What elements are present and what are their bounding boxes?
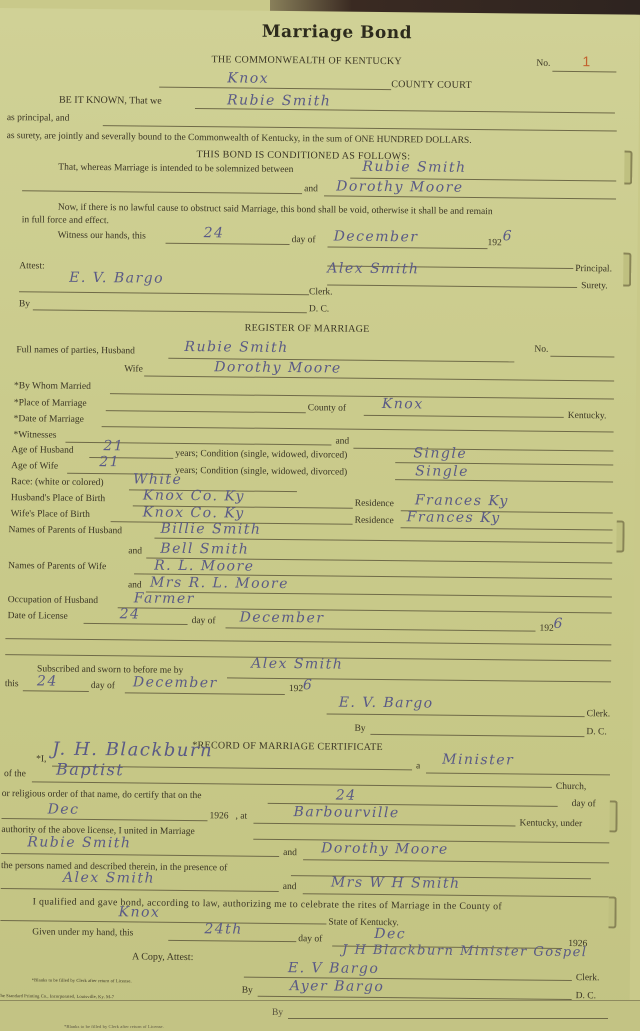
- wife-mother: Mrs R. L. Moore: [150, 576, 289, 591]
- kentucky-under-label: Kentucky, under: [519, 817, 582, 830]
- full-names-label: Full names of parties, Husband: [16, 344, 135, 357]
- qualified-text: I qualified and gave bond, according to …: [33, 896, 503, 913]
- sworn-by: Alex Smith: [251, 657, 343, 672]
- cert-party1: Rubie Smith: [27, 835, 131, 850]
- church-line: [32, 781, 552, 787]
- husband-parents-and-label: and: [128, 545, 142, 557]
- occupation-value: Farmer: [134, 591, 195, 606]
- cert-place: Barbourville: [294, 805, 400, 820]
- license-date-label: Date of License: [8, 610, 68, 623]
- sworn-month: December: [133, 675, 218, 690]
- next-page-by-label: By: [272, 1007, 283, 1019]
- license-day-line: [84, 623, 188, 625]
- register-no-label: No.: [534, 344, 548, 356]
- county-court-label: COUNTY COURT: [391, 79, 472, 92]
- given-day: 24th: [204, 922, 243, 936]
- next-page-edge: By *Blanks to be filled by Clerk after r…: [0, 1000, 640, 1031]
- county-of-label: County of: [308, 402, 346, 414]
- sworn-this-label: this: [5, 678, 19, 690]
- husband-residence-label: Residence: [355, 498, 394, 510]
- bond-clerk-label: Clerk.: [309, 286, 333, 298]
- now-if-text: Now, if there is no lawful cause to obst…: [58, 202, 493, 219]
- by-whom-label: *By Whom Married: [14, 380, 91, 393]
- wife-label: Wife: [124, 363, 143, 375]
- binder-tab-1: [624, 151, 632, 185]
- bond-and-label: and: [304, 183, 318, 195]
- cert-witness2: Mrs W H Smith: [331, 876, 461, 891]
- cert-parties-and-label: and: [283, 847, 297, 859]
- license-year-prefix: 192: [539, 623, 553, 635]
- next-page-footnote: *Blanks to be filled by Clerk after retu…: [64, 1021, 164, 1031]
- register-clerk-signature: E. V. Bargo: [339, 696, 434, 711]
- condition-wife-label: years; Condition (single, widowed, divor…: [175, 465, 347, 479]
- license-day-of-label: day of: [192, 615, 216, 627]
- church-name: Baptist: [56, 763, 124, 778]
- principal-name: Rubie Smith: [227, 93, 331, 108]
- cert-witness1-line: [1, 888, 279, 892]
- husband-father: Billie Smith: [160, 522, 261, 537]
- title-line: [426, 773, 610, 776]
- sworn-day: 24: [37, 674, 58, 688]
- witness-month: December: [334, 230, 419, 245]
- given-day-line: [168, 940, 296, 942]
- bond-party1: Rubie Smith: [362, 160, 466, 175]
- register-clerk-label: Clerk.: [587, 708, 611, 720]
- occupation-line: [118, 607, 612, 613]
- date-of-marriage-label: *Date of Marriage: [14, 413, 84, 426]
- age-wife: 21: [99, 455, 120, 469]
- attest-label: Attest:: [19, 260, 44, 272]
- witnesses-label: *Witnesses: [13, 429, 56, 441]
- race-label: Race: (white or colored): [11, 476, 104, 489]
- footnote: *Blanks to be filled by Clerk after retu…: [32, 974, 132, 987]
- bond-no-label: No.: [536, 58, 550, 70]
- wife-birth-label: Wife's Place of Birth: [11, 508, 90, 521]
- wife-residence: Frances Ky: [407, 510, 501, 525]
- wife-line: [144, 376, 614, 382]
- cert-clerk-label: Clerk.: [576, 972, 600, 984]
- marriage-bond-document: Marriage Bond THE COMMONWEALTH OF KENTUC…: [0, 8, 640, 1031]
- parents-husband-label: Names of Parents of Husband: [8, 524, 122, 537]
- bond-no-line: [552, 71, 616, 73]
- parents-wife-label: Names of Parents of Wife: [8, 560, 106, 573]
- full-force-text: in full force and effect.: [22, 214, 109, 227]
- license-month: December: [240, 611, 325, 626]
- witness-year-prefix: 192: [488, 237, 502, 249]
- condition-husband: Single: [413, 446, 467, 461]
- bond-clerk-signature: E. V. Bargo: [69, 271, 164, 286]
- sworn-month-line: [125, 692, 285, 695]
- binder-tab-5: [608, 896, 616, 928]
- cert-witnesses-and-label: and: [283, 881, 297, 893]
- whereas-label: That, whereas Marriage is intended to be…: [58, 162, 293, 176]
- place-line: [106, 410, 306, 413]
- binder-tab-3: [616, 520, 624, 552]
- religious-order-text: or religious order of that name, do cert…: [2, 788, 202, 802]
- sworn-year-prefix: 192: [289, 683, 303, 695]
- party2-line: [324, 195, 616, 199]
- occupation-label: Occupation of Husband: [8, 594, 98, 607]
- register-no-line: [550, 356, 614, 358]
- county-of-value: Knox: [382, 397, 424, 411]
- register-by-line: [370, 734, 584, 737]
- cert-place-line: [253, 823, 515, 827]
- condition-wife-line: [395, 479, 613, 482]
- register-wife: Dorothy Moore: [214, 360, 342, 375]
- by-whom-line: [110, 393, 614, 399]
- bond-by-label: By: [19, 298, 30, 310]
- county-value: Knox: [227, 71, 269, 85]
- race-value: White: [133, 472, 182, 487]
- wife-father: R. L. Moore: [154, 559, 254, 574]
- wife-residence-label: Residence: [355, 515, 394, 527]
- surety-signature-line: [327, 284, 577, 288]
- sworn-by-line: [227, 677, 611, 682]
- bond-party2: Dorothy Moore: [336, 180, 464, 195]
- as-principal-label: as principal, and: [7, 112, 70, 125]
- given-day-of-label: day of: [298, 933, 322, 945]
- sworn-day-of-label: day of: [91, 680, 115, 692]
- deputy-signature: Ayer Bargo: [290, 979, 385, 994]
- cert-day-of-label: day of: [572, 798, 596, 810]
- cert-by-label: By: [242, 985, 253, 997]
- binder-tab-4: [609, 800, 617, 832]
- officiant-name: J. H. Blackburn: [52, 743, 213, 759]
- blank-line-1: [5, 638, 611, 645]
- cert-county-line: [0, 920, 326, 924]
- sworn-year-digit: 6: [303, 678, 314, 692]
- license-day: 24: [120, 607, 141, 621]
- bond-no-value: 1: [582, 54, 591, 68]
- husband-residence: Frances Ky: [415, 493, 509, 508]
- cert-county: Knox: [118, 905, 160, 919]
- church-label: Church,: [556, 781, 586, 793]
- kentucky-label: Kentucky.: [568, 410, 607, 422]
- cert-month: Dec: [48, 803, 80, 817]
- cert-clerk-signature: E. V Bargo: [288, 961, 380, 976]
- bond-dc-label: D. C.: [309, 303, 329, 315]
- given-label: Given under my hand, this: [32, 926, 133, 939]
- cert-i-label: *I,: [36, 753, 46, 765]
- witness-label: Witness our hands, this: [58, 230, 146, 243]
- witnesses-and-label: and: [335, 436, 349, 448]
- sworn-day-line: [23, 690, 89, 692]
- officiant-signature: J H Blackburn Minister Gospel: [342, 944, 587, 961]
- given-month: Dec: [374, 927, 406, 941]
- husband-birth-label: Husband's Place of Birth: [11, 492, 105, 505]
- register-clerk-line: [327, 713, 585, 717]
- age-husband: 21: [103, 439, 124, 453]
- wife-mother-line: [146, 592, 612, 598]
- surety-text: as surety, are jointly and severally bou…: [7, 130, 472, 147]
- register-dc-label: D. C.: [586, 726, 606, 738]
- cert-day: 24: [336, 789, 357, 803]
- bond-by-line: [33, 309, 307, 313]
- surety-name-line: [103, 125, 617, 131]
- cert-party2-line: [303, 859, 609, 863]
- witness-day: 24: [204, 226, 225, 240]
- cert-party2: Dorothy Moore: [321, 841, 449, 856]
- date-of-marriage-line: [102, 426, 614, 432]
- register-husband: Rubie Smith: [184, 340, 288, 355]
- wife-birth: Knox Co. Ky: [143, 506, 245, 521]
- witness-day-line: [166, 243, 290, 245]
- condition-husband-label: years; Condition (single, widowed, divor…: [175, 448, 347, 462]
- license-year-digit: 6: [554, 617, 565, 631]
- cert-year: 1926: [209, 810, 228, 822]
- cert-party1-line: [1, 853, 279, 857]
- copy-attest-label: A Copy, Attest:: [132, 951, 193, 964]
- county-of-line: [364, 415, 564, 418]
- witness-day-of-label: day of: [292, 234, 316, 246]
- next-page-by-line: [288, 1018, 608, 1019]
- register-heading: REGISTER OF MARRIAGE: [245, 323, 370, 336]
- officiant-title: Minister: [442, 753, 514, 768]
- condition-wife: Single: [415, 464, 469, 479]
- witness-year-digit: 6: [503, 229, 514, 243]
- age-husband-label: Age of Husband: [11, 444, 73, 457]
- surety-label: Surety.: [581, 280, 608, 292]
- cert-a-label: a: [416, 760, 420, 772]
- document-title: Marriage Bond: [262, 26, 412, 40]
- license-month-line: [226, 627, 536, 631]
- county-line: [159, 87, 391, 90]
- place-of-marriage-label: *Place of Marriage: [14, 397, 87, 410]
- party2-lead-line: [22, 190, 302, 194]
- cert-witness1: Alex Smith: [63, 871, 155, 886]
- commonwealth-heading: THE COMMONWEALTH OF KENTUCKY: [211, 54, 402, 68]
- principal-line: [195, 108, 615, 113]
- bond-clerk-line: [19, 291, 309, 295]
- cert-month-line: [2, 818, 208, 821]
- cert-at-label: , at: [235, 811, 247, 823]
- witness-month-line: [328, 246, 488, 249]
- age-wife-label: Age of Wife: [11, 460, 58, 472]
- of-the-label: of the: [4, 768, 26, 780]
- surety-signature: Alex Smith: [327, 261, 419, 276]
- witness2-line: [353, 448, 613, 452]
- be-it-known-label: BE IT KNOWN, That we: [59, 95, 162, 108]
- binder-tab-2: [623, 253, 631, 287]
- husband-mother: Bell Smith: [160, 542, 249, 557]
- principal-label: Principal.: [575, 263, 612, 275]
- husband-birth: Knox Co. Ky: [143, 489, 245, 504]
- register-by-label: By: [354, 723, 365, 735]
- wife-residence-line: [401, 527, 613, 530]
- certificate-heading: *RECORD OF MARRIAGE CERTIFICATE: [192, 740, 383, 754]
- cert-witness2-line: [303, 893, 609, 897]
